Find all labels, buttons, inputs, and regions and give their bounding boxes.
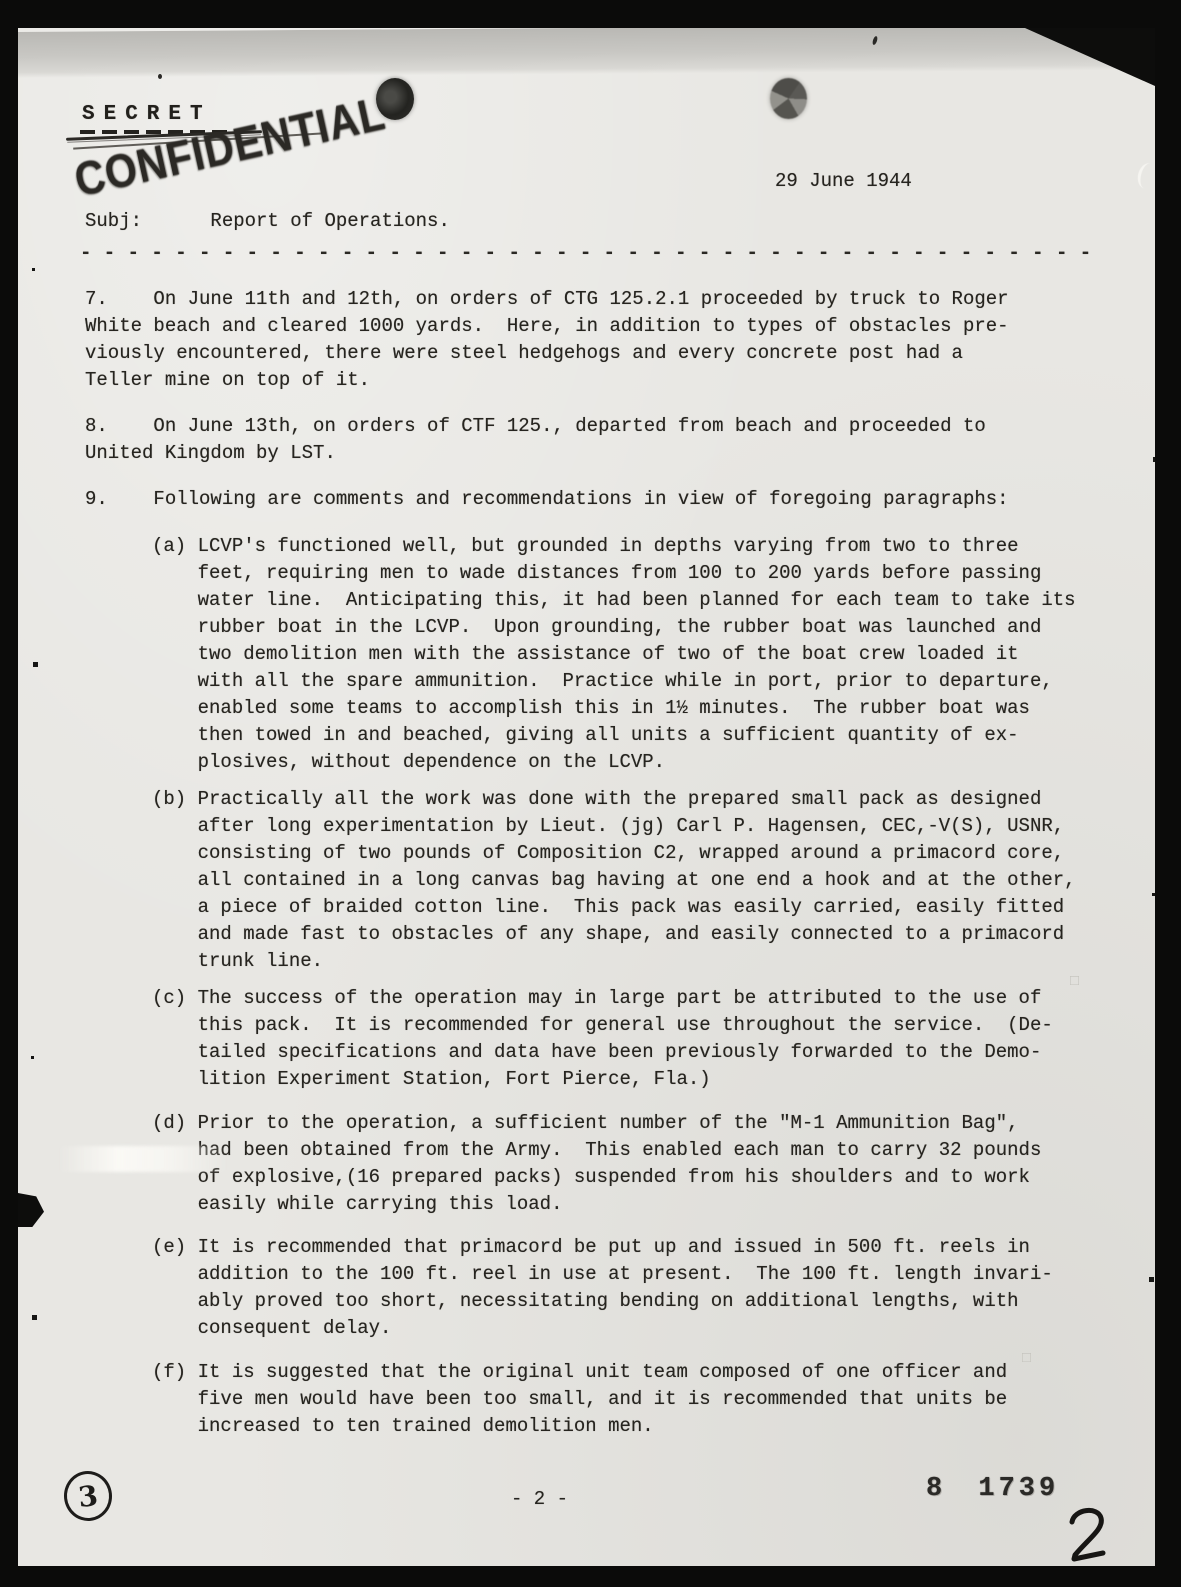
file-number-stamp: 8 1739 xyxy=(926,1476,1059,1503)
classification-secret: SECRET xyxy=(82,101,212,128)
item-d: (d) Prior to the operation, a sufficient… xyxy=(152,1110,1041,1218)
film-edge-notch xyxy=(18,1193,44,1227)
page-number: - 2 - xyxy=(511,1486,568,1513)
subject-line: Subj: Report of Operations. xyxy=(85,208,450,235)
ink-speck xyxy=(158,74,162,79)
paragraph-7: 7. On June 11th and 12th, on orders of C… xyxy=(85,286,1009,394)
circled-copy-number: 3 xyxy=(62,1469,115,1524)
item-b: (b) Practically all the work was done wi… xyxy=(152,786,1076,975)
faint-margin-mark: □ xyxy=(1022,1350,1032,1367)
dust-specks xyxy=(32,268,35,271)
film-edge-right xyxy=(1155,0,1181,1587)
paragraph-8: 8. On June 13th, on orders of CTF 125., … xyxy=(85,413,986,467)
handwritten-page-number xyxy=(1066,1505,1108,1566)
scratch-mark xyxy=(1135,161,1155,191)
film-edge-left xyxy=(0,0,18,1587)
film-edge-bottom xyxy=(0,1566,1181,1587)
punch-hole-icon xyxy=(770,78,807,119)
handwritten-2-glyph xyxy=(1066,1505,1108,1566)
item-e: (e) It is recommended that primacord be … xyxy=(152,1234,1053,1342)
item-f: (f) It is suggested that the original un… xyxy=(152,1359,1007,1440)
paragraph-9: 9. Following are comments and recommenda… xyxy=(85,486,1009,513)
document-page: SECRET CONFIDENTIAL 29 June 1944 Subj: R… xyxy=(18,28,1155,1566)
copy-number-value: 3 xyxy=(77,1479,100,1514)
film-edge-top xyxy=(0,0,1181,30)
document-date: 29 June 1944 xyxy=(775,168,912,195)
item-a: (a) LCVP's functioned well, but grounded… xyxy=(152,533,1076,776)
correction-smudge xyxy=(58,1146,228,1172)
underlying-page-edge xyxy=(18,28,1155,78)
item-c: (c) The success of the operation may in … xyxy=(152,985,1053,1093)
faint-margin-mark: □ xyxy=(1070,973,1080,990)
dashed-separator: - - - - - - - - - - - - - - - - - - - - … xyxy=(80,240,1092,267)
